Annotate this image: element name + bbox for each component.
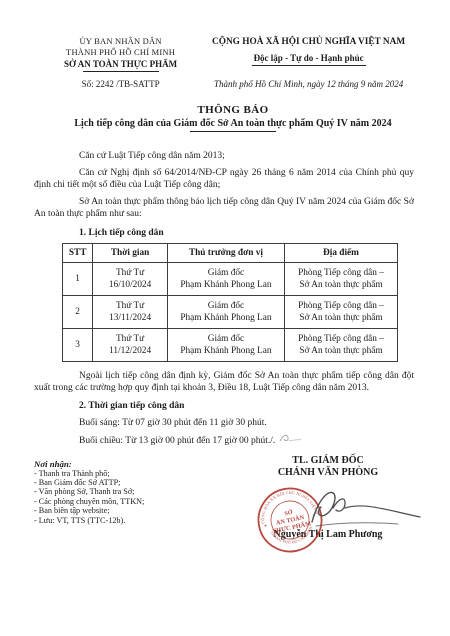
cell-officer: Giám đốc Phạm Khánh Phong Lan (167, 329, 284, 362)
cell-stt: 2 (63, 296, 93, 329)
morning-time-line: Buổi sáng: Từ 07 giờ 30 phút đến 11 giờ … (79, 417, 414, 429)
table-row: 1 Thứ Tư 16/10/2024 Giám đốc Phạm Khánh … (63, 263, 398, 296)
signature-authority: TL. GIÁM ĐỐC (240, 455, 416, 467)
cell-location-line1: Phòng Tiếp công dân – (287, 333, 395, 345)
cell-officer: Giám đốc Phạm Khánh Phong Lan (167, 263, 284, 296)
recipient-item: - Văn phòng Sở, Thanh tra Sở; (34, 487, 204, 496)
org-name-line: SỞ AN TOÀN THỰC PHẨM (40, 58, 201, 70)
cell-time: Thứ Tư 13/11/2024 (93, 296, 168, 329)
recipient-item: - Ban Giám đốc Sở ATTP; (34, 478, 204, 487)
document-number: Số: 2242 /TB-SATTP (40, 79, 201, 89)
place-date-line: Thành phố Hồ Chí Minh, ngày 12 tháng 9 n… (203, 79, 414, 89)
cell-location-line2: Sở An toàn thực phẩm (287, 279, 395, 291)
table-row: 2 Thứ Tư 13/11/2024 Giám đốc Phạm Khánh … (63, 296, 398, 329)
document-body: Căn cứ Luật Tiếp công dân năm 2013; Căn … (34, 150, 414, 239)
afternoon-time-line: Buổi chiều: Từ 13 giờ 00 phút đến 17 giờ… (79, 433, 414, 447)
paragraph-legal-basis-2: Căn cứ Nghị định số 64/2014/NĐ-CP ngày 2… (34, 167, 414, 191)
header-cell-location: Địa điểm (284, 244, 397, 263)
recipient-item: - Lưu: VT, TTS (TTC-12b). (34, 516, 204, 525)
cell-time-date: 11/12/2024 (95, 345, 165, 357)
paragraph-after-table: Ngoài lịch tiếp công dân định kỳ, Giám đ… (34, 371, 414, 394)
morning-time-text: Buổi sáng: Từ 07 giờ 30 phút đến 11 giờ … (79, 418, 267, 428)
cell-time: Thứ Tư 11/12/2024 (93, 329, 168, 362)
section-1-heading: 1. Lịch tiếp công dân (79, 227, 414, 239)
cell-officer-name: Phạm Khánh Phong Lan (170, 345, 282, 357)
document-subtitle: Lịch tiếp công dân của Giám đốc Sở An to… (8, 118, 450, 129)
cell-time-day: Thứ Tư (95, 300, 165, 312)
cell-time-date: 16/10/2024 (95, 279, 165, 291)
cell-location-line2: Sở An toàn thực phẩm (287, 345, 395, 357)
national-header-block: CỘNG HOÀ XÃ HỘI CHỦ NGHĨA VIỆT NAM Độc l… (203, 36, 414, 89)
issuing-org-block: ỦY BAN NHÂN DÂN THÀNH PHỐ HỒ CHÍ MINH SỞ… (40, 36, 201, 89)
document-page: ỦY BAN NHÂN DÂN THÀNH PHỐ HỒ CHÍ MINH SỞ… (0, 0, 450, 636)
cell-officer-name: Phạm Khánh Phong Lan (170, 312, 282, 324)
cell-stt: 3 (63, 329, 93, 362)
cell-location: Phòng Tiếp công dân – Sở An toàn thực ph… (284, 329, 397, 362)
recipient-item: - Các phòng chuyên môn, TTKN; (34, 497, 204, 506)
signature-icon (302, 486, 424, 538)
signature-role: CHÁNH VĂN PHÒNG (240, 467, 416, 479)
header-cell-time: Thời gian (93, 244, 168, 263)
cell-officer-title: Giám đốc (170, 267, 282, 279)
cell-time-day: Thứ Tư (95, 333, 165, 345)
cell-location-line1: Phòng Tiếp công dân – (287, 267, 395, 279)
recipient-item: - Ban biên tập website; (34, 506, 204, 515)
stamp-star-left-icon: ✶ (263, 523, 268, 529)
cell-location-line1: Phòng Tiếp công dân – (287, 300, 395, 312)
cell-time-date: 13/11/2024 (95, 312, 165, 324)
national-motto: Độc lập - Tự do - Hạnh phúc (252, 52, 366, 66)
title-block: THÔNG BÁO Lịch tiếp công dân của Giám đố… (8, 104, 450, 132)
cell-location-line2: Sở An toàn thực phẩm (287, 312, 395, 324)
recipient-item: - Thanh tra Thành phố; (34, 469, 204, 478)
org-underline (83, 71, 159, 72)
cell-officer-title: Giám đốc (170, 300, 282, 312)
after-table-block: Ngoài lịch tiếp công dân định kỳ, Giám đ… (34, 371, 414, 413)
table-header-row: STT Thời gian Thủ trưởng đơn vị Địa điểm (63, 244, 398, 263)
section-2-heading: 2. Thời gian tiếp công dân (79, 401, 414, 413)
recipients-block: Nơi nhận: - Thanh tra Thành phố; - Ban G… (34, 459, 204, 525)
cell-officer-title: Giám đốc (170, 333, 282, 345)
cell-location: Phòng Tiếp công dân – Sở An toàn thực ph… (284, 263, 397, 296)
header-cell-stt: STT (63, 244, 93, 263)
table-row: 3 Thứ Tư 11/12/2024 Giám đốc Phạm Khánh … (63, 329, 398, 362)
afternoon-time-text: Buổi chiều: Từ 13 giờ 00 phút đến 17 giờ… (79, 436, 275, 446)
pen-initial-mark (277, 433, 303, 443)
cell-officer: Giám đốc Phạm Khánh Phong Lan (167, 296, 284, 329)
cell-officer-name: Phạm Khánh Phong Lan (170, 279, 282, 291)
cell-time: Thứ Tư 16/10/2024 (93, 263, 168, 296)
subtitle-underline (190, 131, 276, 132)
cell-time-day: Thứ Tư (95, 267, 165, 279)
cell-stt: 1 (63, 263, 93, 296)
national-title: CỘNG HOÀ XÃ HỘI CHỦ NGHĨA VIỆT NAM (203, 36, 414, 48)
header-cell-officer: Thủ trưởng đơn vị (167, 244, 284, 263)
document-header: ỦY BAN NHÂN DÂN THÀNH PHỐ HỒ CHÍ MINH SỞ… (40, 36, 414, 89)
paragraph-announcement: Sở An toàn thực phẩm thông báo lịch tiếp… (34, 196, 414, 220)
handwritten-signature (302, 486, 424, 543)
document-title: THÔNG BÁO (8, 104, 450, 116)
org-parent-line: ỦY BAN NHÂN DÂN (40, 36, 201, 47)
paragraph-legal-basis-1: Căn cứ Luật Tiếp công dân năm 2013; (34, 150, 414, 162)
cell-location: Phòng Tiếp công dân – Sở An toàn thực ph… (284, 296, 397, 329)
recipients-heading: Nơi nhận: (34, 459, 204, 469)
schedule-table: STT Thời gian Thủ trưởng đơn vị Địa điểm… (62, 243, 398, 362)
org-city-line: THÀNH PHỐ HỒ CHÍ MINH (40, 47, 201, 58)
